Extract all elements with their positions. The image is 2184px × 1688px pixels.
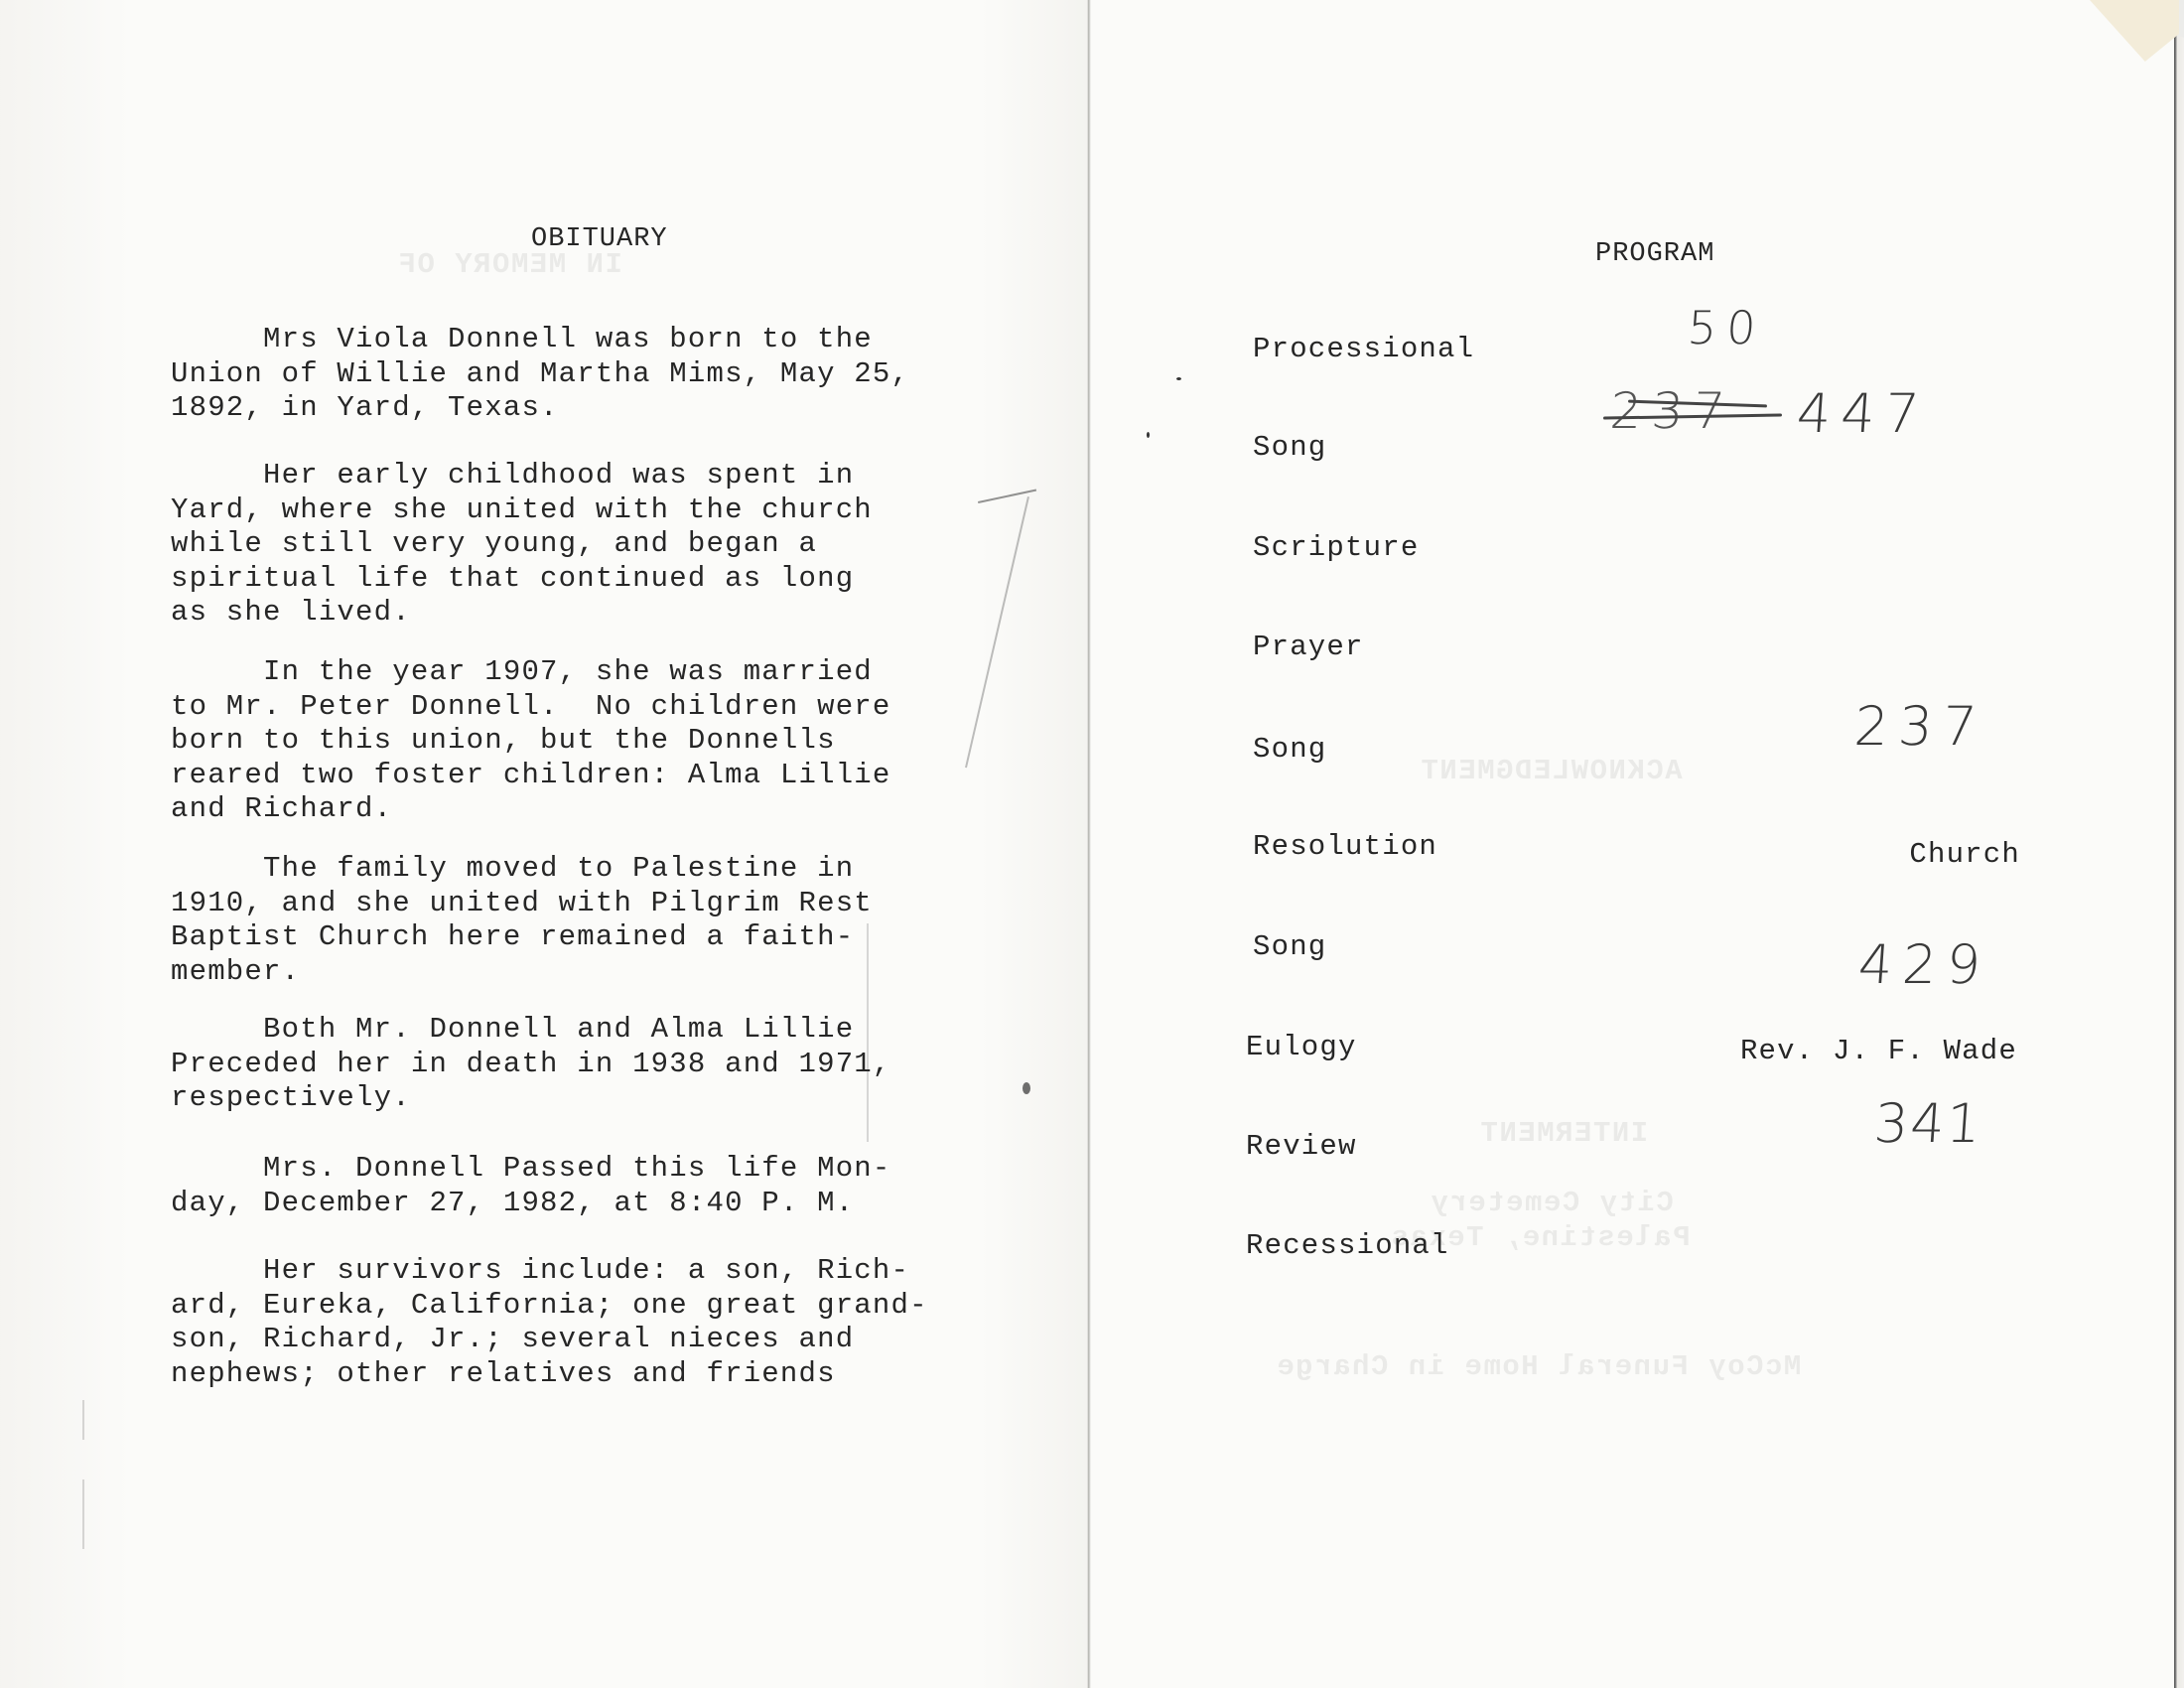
obituary-line: In the year 1907, she was married [171, 655, 873, 689]
program-item-label: Processional [1253, 333, 1474, 365]
obituary-line: spiritual life that continued as long [171, 562, 854, 596]
handwritten-song-number: 447 [1795, 382, 1931, 445]
right-page-edge [2174, 0, 2184, 1688]
obituary-line: reared two foster children: Alma Lillie [171, 759, 891, 792]
obituary-line: The family moved to Palestine in [171, 852, 854, 886]
program-item-label: Song [1253, 733, 1326, 766]
obituary-line: Yard, where she united with the church [171, 493, 873, 527]
obituary-line: as she lived. [171, 596, 411, 630]
obituary-line: 1910, and she united with Pilgrim Rest [171, 887, 873, 920]
handwritten-song-number: 237 [1852, 695, 1988, 758]
obituary-line: while still very young, and began a [171, 527, 817, 561]
obituary-line: to Mr. Peter Donnell. No children were [171, 690, 891, 724]
handwritten-processional-number: 50 [1686, 301, 1767, 354]
bleed-through-text: ACKNOWLEDGMENT [1420, 755, 1683, 787]
obituary-line: nephews; other relatives and friends [171, 1357, 836, 1391]
program-item-label: Eulogy [1246, 1031, 1357, 1063]
obituary-line: Her survivors include: a son, Rich- [171, 1254, 909, 1288]
ink-speck [1023, 1082, 1030, 1094]
stray-ink-mark [82, 1479, 84, 1549]
stray-ink-mark [867, 923, 869, 1142]
program-title: PROGRAM [1595, 239, 1714, 269]
program-item-value: Church [1909, 838, 2020, 871]
program-item-label: Song [1253, 930, 1326, 963]
program-item-value: Rev. J. F. Wade [1740, 1035, 2017, 1067]
program-item-label: Resolution [1253, 830, 1437, 863]
obituary-line: son, Richard, Jr.; several nieces and [171, 1323, 854, 1356]
program-item-label: Prayer [1253, 631, 1364, 663]
bleed-through-text: City Cemetery [1430, 1187, 1674, 1219]
obituary-line: day, December 27, 1982, at 8:40 P. M. [171, 1187, 854, 1220]
obituary-title: OBITUARY [531, 224, 668, 254]
bleed-through-text: INTERMENT [1479, 1117, 1648, 1150]
ink-speck [1176, 377, 1181, 380]
obituary-line: 1892, in Yard, Texas. [171, 391, 559, 425]
obituary-line: Union of Willie and Martha Mims, May 25, [171, 357, 909, 391]
obituary-line: ard, Eureka, California; one great grand… [171, 1289, 928, 1323]
obituary-line: Baptist Church here remained a faith- [171, 920, 854, 954]
obituary-line: Preceded her in death in 1938 and 1971, [171, 1048, 891, 1081]
handwritten-crossed-out-number: 237 [1608, 382, 1736, 440]
program-item-label: Scripture [1253, 531, 1419, 564]
program-item-label: Song [1253, 431, 1326, 464]
stray-ink-mark [82, 1400, 84, 1440]
handwritten-review-number: 341 [1872, 1092, 1984, 1155]
program-item-label: Review [1246, 1130, 1357, 1163]
obituary-line: respectively. [171, 1081, 411, 1115]
obituary-line: born to this union, but the Donnells [171, 724, 836, 758]
center-fold [1087, 0, 1091, 1688]
obituary-line: Her early childhood was spent in [171, 459, 854, 492]
obituary-line: and Richard. [171, 792, 392, 826]
program-item-label: Recessional [1246, 1229, 1449, 1262]
obituary-line: member. [171, 955, 300, 989]
handwritten-song-number: 429 [1856, 933, 1992, 996]
ink-speck [1147, 432, 1150, 438]
obituary-line: Mrs Viola Donnell was born to the [171, 323, 873, 356]
obituary-line: Both Mr. Donnell and Alma Lillie [171, 1013, 854, 1047]
obituary-line: Mrs. Donnell Passed this life Mon- [171, 1152, 891, 1186]
bleed-through-text: McCoy Funeral Home in Charge [1276, 1350, 1801, 1383]
